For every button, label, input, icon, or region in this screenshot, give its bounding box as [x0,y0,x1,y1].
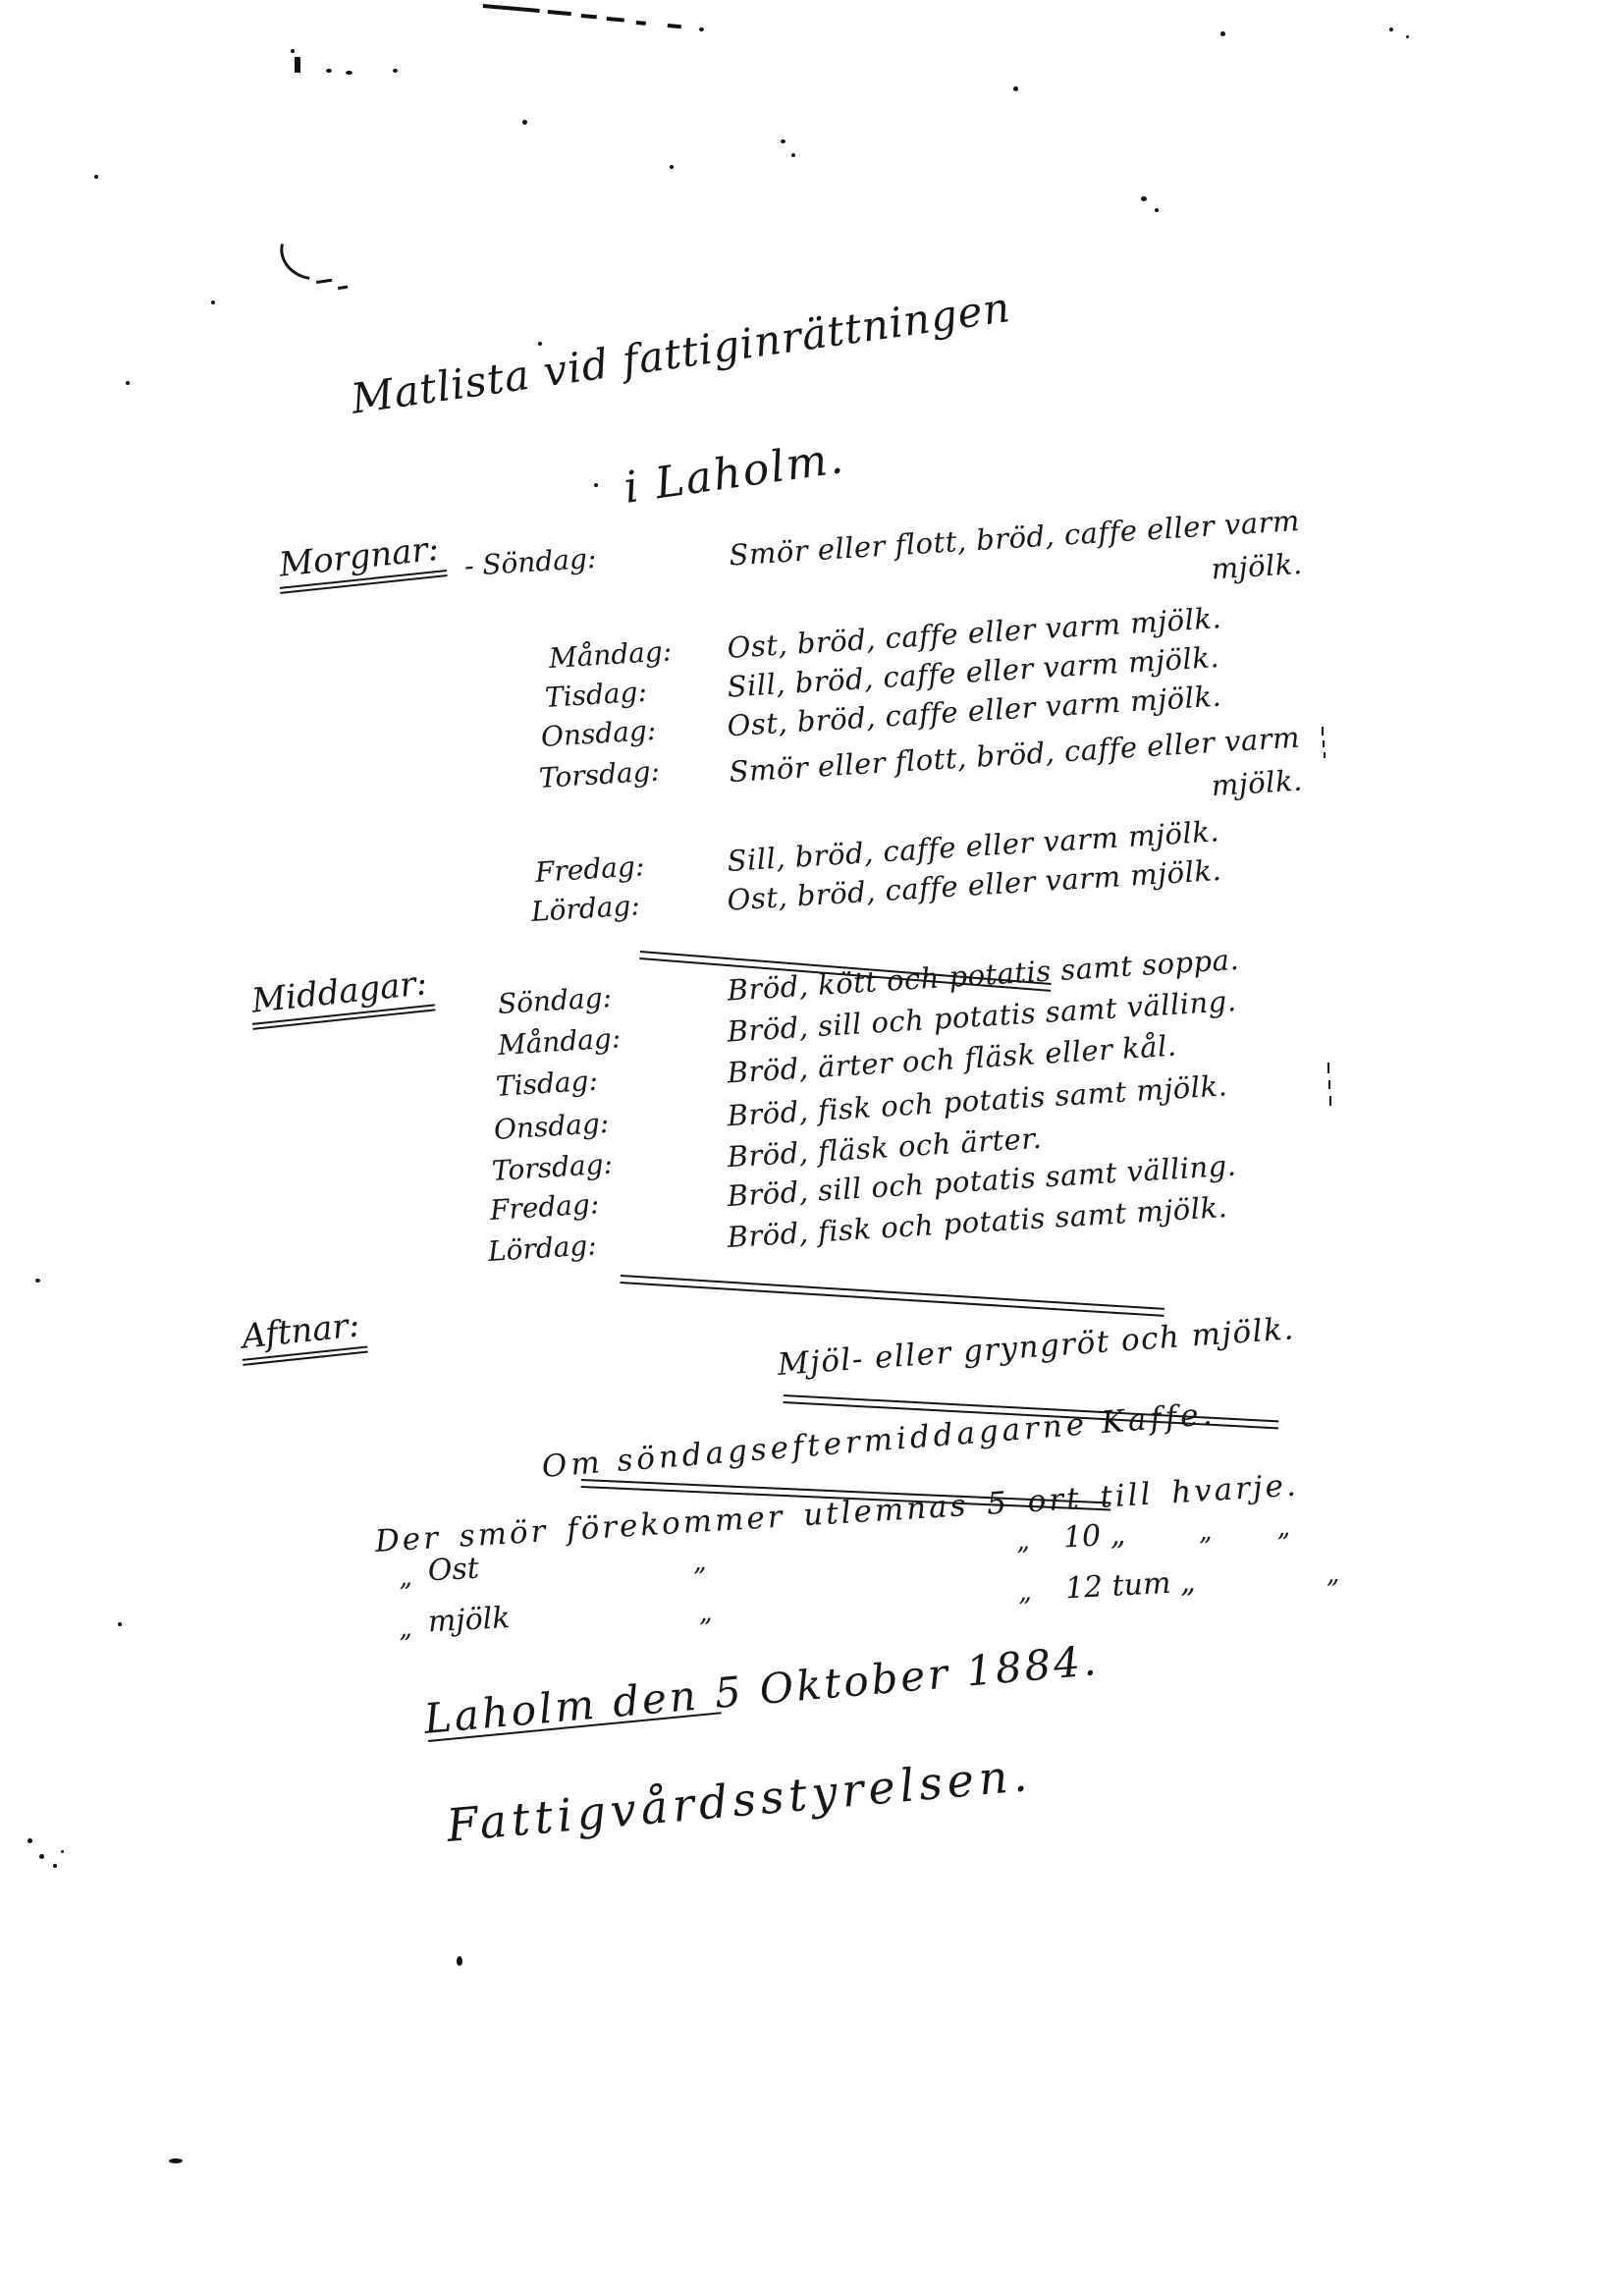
day-label: Måndag: [497,1021,622,1062]
section-label-aftnar: Aftnar: [238,1305,368,1366]
ink-speck [538,342,542,346]
ink-speck [39,1854,44,1859]
scan-artifact-dash [338,286,348,290]
ink-speck [1389,27,1393,31]
ink-speck [94,175,98,179]
ink-speck [791,153,795,157]
ink-speck [781,139,785,143]
scan-artifact-dash [548,10,571,16]
section-morgnar-header: Morgnar: [278,546,446,594]
ink-speck [346,71,352,75]
day-label: Söndag: [497,981,613,1020]
signature: Fattigvårdsstyrelsen. [445,1748,1034,1852]
scanned-document-page: Matlista vid fattiginrättningen i Laholm… [0,0,1624,2294]
menu-row: Lördag: Ost, bröd, caffe eller varm mjöl… [530,896,533,947]
ink-speck [27,1838,32,1843]
aftnar-text: Mjöl- eller gryngröt och mjölk. [777,1311,1296,1383]
ruled-separator [620,1275,1164,1317]
day-label: Tisdag: [495,1065,599,1103]
ink-speck [126,381,130,385]
ditto-mark: „ [398,1562,412,1593]
day-label: Torsdag: [491,1147,614,1186]
day-label: Onsdag: [493,1107,610,1146]
section-aftnar-header: Aftnar: [241,1318,366,1366]
ink-speck [670,165,674,169]
ink-speck [61,1850,64,1853]
scan-artifact-tick [1328,1080,1330,1089]
day-label: Torsdag: [538,754,661,793]
ink-speck [169,2158,183,2163]
allowance-row: „ mjölk „ „ 12 tum „ „ [398,1607,401,1656]
ditto-mark: „ [1326,1559,1340,1590]
scan-artifact-dash [316,279,332,284]
allowance-row: „ Ost „ „ 10 „ „ „ [398,1556,401,1605]
ink-speck [118,1622,122,1626]
day-label: Onsdag: [540,714,657,753]
scan-artifact-tick [1329,1096,1331,1106]
ink-speck [1141,196,1147,201]
document-title-line2: i Laholm. [621,433,847,514]
ink-speck [211,300,215,304]
allowance-intro: Der smör förekommer utlemnas 5 ort till … [374,1468,1300,1559]
scan-artifact-hook [274,244,316,280]
day-label: Lördag: [487,1229,598,1268]
ditto-mark: „ „ [1198,1512,1291,1547]
menu-row: Torsdag: Smör eller flott, bröd, caffe e… [538,762,541,813]
ink-speck [326,69,332,73]
ink-speck [291,49,295,53]
section-label-morgnar: Morgnar: [275,528,447,594]
scan-artifact-dash [668,24,681,28]
ink-speck [35,1279,40,1283]
menu-row: Lördag: Bröd, fisk och potatis samt mjöl… [487,1235,490,1286]
day-label: Måndag: [548,634,673,675]
dateline: Laholm den 5 Oktober 1884. [422,1636,1101,1743]
ink-speck [53,1864,57,1868]
allowance-amount: 12 tum „ [1064,1564,1196,1606]
allowance-item: Ost [427,1552,480,1589]
ink-speck [393,69,398,73]
ink-speck [295,57,300,73]
ink-speck [699,27,704,31]
sunday-coffee-note: Om söndagseftermiddagarne Kaffe. [541,1396,1218,1485]
scan-artifact-tick [1322,727,1324,736]
ditto-mark: „ [398,1613,412,1644]
section-label-middagar: Middagar: [247,963,435,1030]
menu-row: - Söndag: Smör eller flott, bröd, caffe … [463,550,466,601]
ink-speck [1220,31,1225,36]
scan-artifact-dash [483,4,540,13]
allowance-item: mjölk [427,1601,511,1639]
section-middagar-header: Middagar: [250,982,434,1030]
day-label: Fredag: [489,1187,600,1227]
scan-artifact-dash [607,17,624,23]
day-label: Fredag: [534,849,645,889]
ditto-mark: „ [1015,1526,1030,1557]
scan-artifact-tick [1323,740,1325,747]
day-label: Lördag: [530,889,641,928]
ink-speck [457,1956,462,1966]
ditto-mark: „ [1017,1577,1032,1608]
document-title-line1: Matlista vid fattiginrättningen [349,283,1014,423]
ink-speck [594,483,598,487]
scan-artifact-dash [581,14,597,19]
day-label: Tisdag: [544,676,648,714]
day-label: - Söndag: [463,542,597,582]
ditto-mark: „ [692,1548,707,1578]
scan-artifact-dash [636,21,646,26]
scan-artifact-tick [1327,1063,1329,1073]
scan-artifact-tick [1324,752,1326,758]
ink-speck [1406,35,1409,38]
ink-speck [522,120,527,125]
ink-speck [1013,86,1018,91]
ditto-mark: „ [698,1598,713,1628]
ink-speck [1155,208,1159,212]
allowance-amount: 10 „ [1062,1517,1126,1555]
